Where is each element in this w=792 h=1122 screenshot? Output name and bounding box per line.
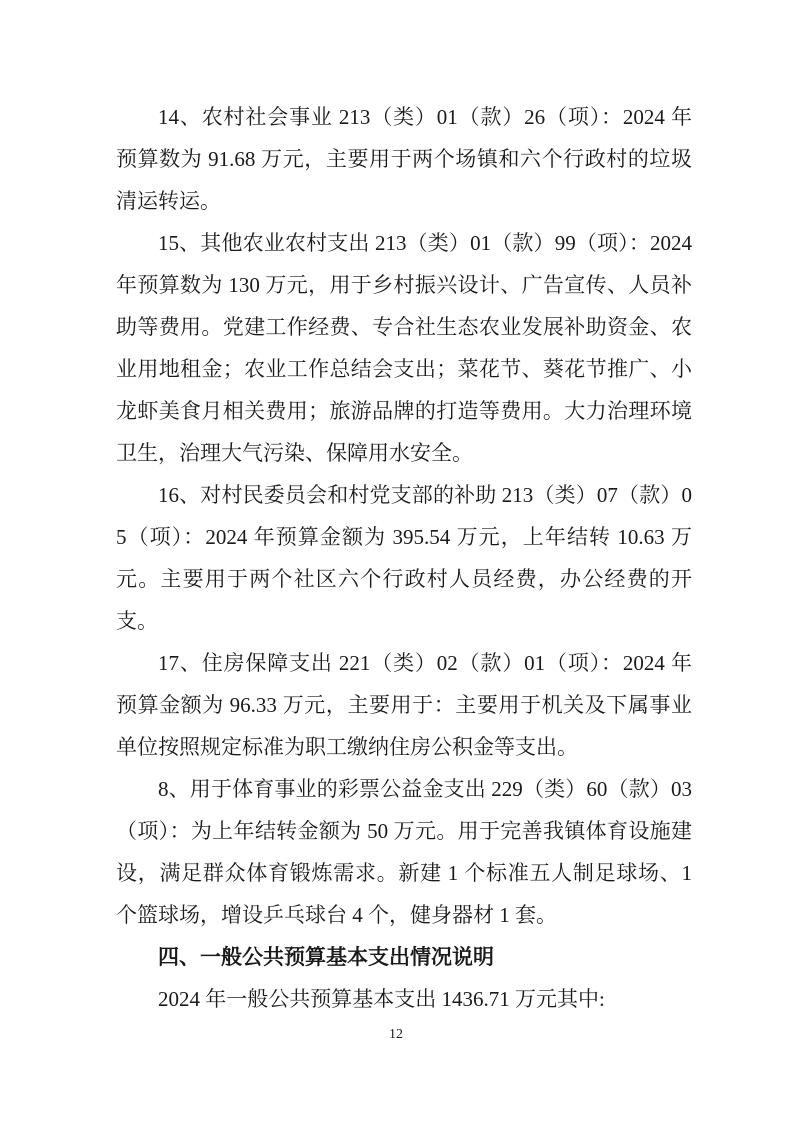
paragraph-rural-social-services-14: 14、农村社会事业 213（类）01（款）26（项）：2024 年预算数为 91… bbox=[116, 96, 692, 222]
paragraph-sports-lottery-fund-8: 8、用于体育事业的彩票公益金支出 229（类）60（款）03（项）：为上年结转金… bbox=[116, 768, 692, 936]
document-page: 14、农村社会事业 213（类）01（款）26（项）：2024 年预算数为 91… bbox=[0, 0, 792, 1122]
paragraph-village-committee-subsidy-16: 16、对村民委员会和村党支部的补助 213（类）07（款）05（项）：2024 … bbox=[116, 474, 692, 642]
paragraph-basic-expenditure-total: 2024 年一般公共预算基本支出 1436.71 万元其中: bbox=[116, 978, 692, 1020]
paragraph-other-agriculture-rural-15: 15、其他农业农村支出 213（类）01（款）99（项）：2024 年预算数为 … bbox=[116, 222, 692, 474]
section-heading-basic-expenditure: 四、一般公共预算基本支出情况说明 bbox=[116, 936, 692, 978]
page-footer: 12 bbox=[0, 1025, 792, 1044]
document-body: 14、农村社会事业 213（类）01（款）26（项）：2024 年预算数为 91… bbox=[116, 96, 692, 1020]
page-number: 12 bbox=[389, 1027, 403, 1042]
paragraph-housing-security-17: 17、住房保障支出 221（类）02（款）01（项）：2024 年预算金额为 9… bbox=[116, 642, 692, 768]
